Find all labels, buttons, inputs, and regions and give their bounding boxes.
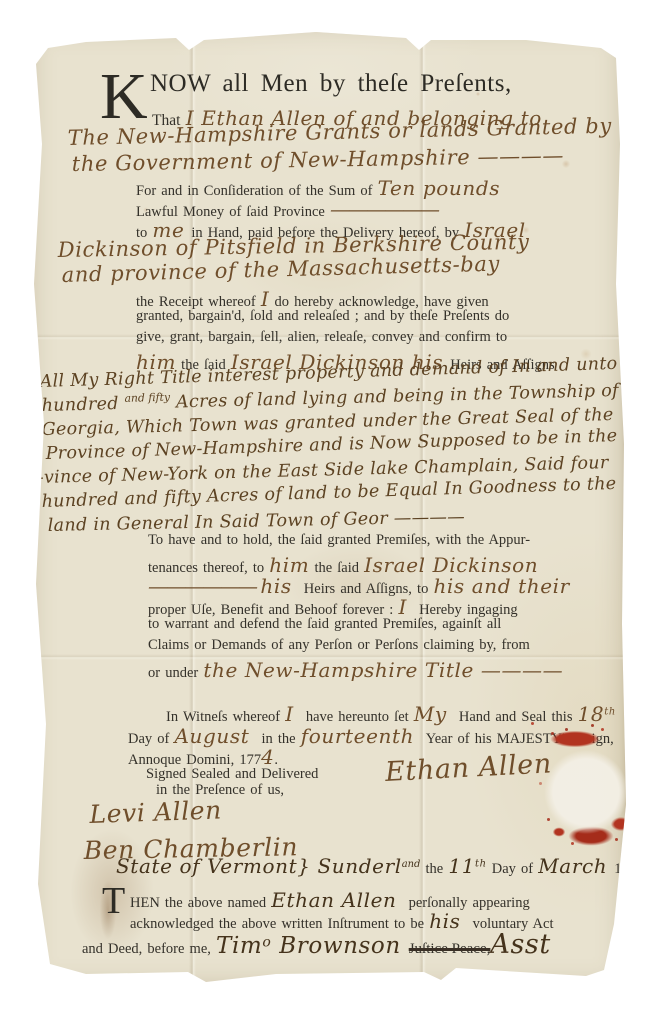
printed-text: granted, bargain'd, ſold and releaſed ; … <box>136 308 509 324</box>
handwritten-text: March <box>538 854 614 878</box>
deed-line: Claims or Demands of any Perſon or Perſo… <box>148 637 530 654</box>
signature-timo-brownson: Brownson <box>271 933 408 959</box>
printed-text: Year of his MAJESTY's Reign, <box>421 731 614 747</box>
struck-through-text: Juſtice Peace, <box>409 941 491 957</box>
deed-line: granted, bargain'd, ſold and releaſed ; … <box>136 308 509 325</box>
drop-cap-k: K <box>100 64 148 130</box>
printed-text: In Witneſs whereof <box>166 709 285 725</box>
document-photo: K NOW all Men by theſe Preſents, That I … <box>0 0 646 1024</box>
signature-timo-brownson: Tim <box>216 933 262 959</box>
printed-text: K <box>100 60 148 133</box>
signature-levi-allen: Levi Allen <box>89 795 222 829</box>
handwritten-text: Ethan Allen <box>384 748 552 788</box>
handwritten-text: Levi Allen <box>89 795 222 829</box>
deed-line: In Witneſs whereof I have hereunto ſet M… <box>166 702 616 726</box>
handwritten-text: 18 <box>578 702 605 726</box>
handwritten-text: State of Vermont} Sunderl <box>116 854 402 878</box>
handwritten-text: the New-Hampshire Title ———— <box>203 658 563 682</box>
deed-line: State of Vermont} Sunderland the 11th Da… <box>116 854 646 878</box>
deed-line: to warrant and defend the ſaid granted P… <box>148 616 501 633</box>
deed-line: To have and to hold, the ſaid granted Pr… <box>148 532 530 549</box>
printed-text: give, grant, bargain, ſell, alien, relea… <box>136 329 507 345</box>
handwritten-text: hundred <box>41 394 124 416</box>
handwritten-text: th <box>475 859 487 870</box>
signature-ethan-allen: Ethan Allen <box>384 748 552 788</box>
handwritten-insertion: and fifty <box>124 391 170 405</box>
printed-text: Signed Sealed and Delivered <box>146 766 318 782</box>
printed-text: to warrant and defend the ſaid granted P… <box>148 616 501 632</box>
printed-text: 177 <box>614 861 636 877</box>
deed-paper-sheet: K NOW all Men by theſe Preſents, That I … <box>26 24 626 990</box>
drop-cap-t: T <box>102 882 125 920</box>
deed-line: Signed Sealed and Delivered <box>146 766 318 783</box>
handwritten-text: th <box>604 707 616 718</box>
printed-text: T <box>102 880 125 922</box>
handwritten-text: the Government of New-Hampshire ———— <box>72 143 565 176</box>
handwritten-text: My <box>414 702 454 726</box>
deed-line: give, grant, bargain, ſell, alien, relea… <box>136 329 507 346</box>
deed-heading: NOW all Men by theſe Preſents, <box>150 70 512 98</box>
printed-text: the <box>420 861 448 877</box>
handwritten-insertion: and <box>402 859 421 870</box>
deed-line: the Government of New-Hampshire ———— <box>72 143 565 176</box>
deed-line: and Deed, before me, Timo Brownson Juſti… <box>82 929 551 960</box>
deed-line: or under the New-Hampshire Title ———— <box>148 658 563 682</box>
handwritten-text: 84 <box>636 854 646 878</box>
printed-text: NOW all Men by theſe Preſents, <box>150 70 512 97</box>
printed-text: Claims or Demands of any Perſon or Perſo… <box>148 637 530 653</box>
printed-text: and Deed, before me, <box>82 941 216 957</box>
printed-text: have hereunto ſet <box>301 709 414 725</box>
handwritten-text: I <box>285 702 300 726</box>
printed-text: or under <box>148 665 203 681</box>
handwritten-text: Asst <box>490 929 550 960</box>
handwritten-text: 11 <box>448 854 475 878</box>
printed-text: To have and to hold, the ſaid granted Pr… <box>148 532 530 548</box>
printed-text: Hand and Seal this <box>454 709 578 725</box>
handwritten-text: fourteenth <box>301 724 421 748</box>
printed-text: Day of <box>487 861 539 877</box>
